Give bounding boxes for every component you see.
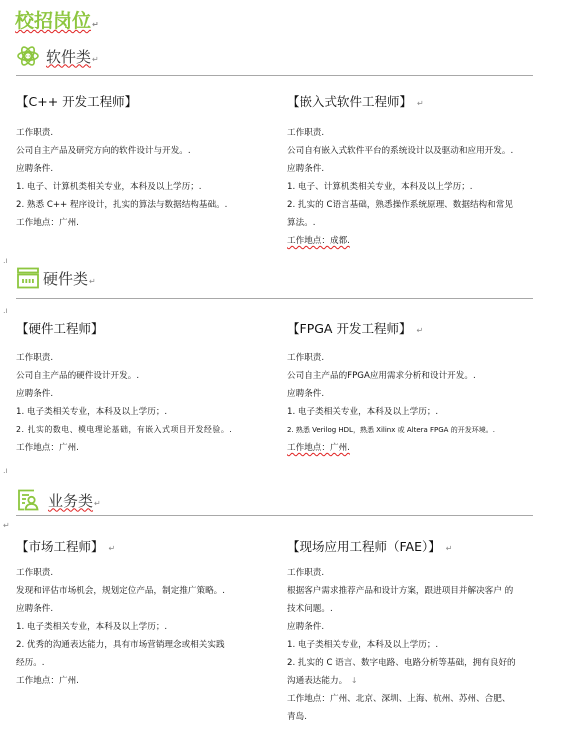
section-label: 硬件类↵ [43,268,96,289]
requirement-item: 2. 扎实的 C 语言、数字电路、电路分析等基础，拥有良好的 [287,654,549,672]
duty-text: 发现和评估市场机会，规划定位产品，制定推广策略。. [16,582,278,600]
requirement-item: 1. 电子类相关专业，本科及以上学历；. [16,403,278,421]
job-card-marketing-engineer: 【市场工程师】 ↵ 工作职责. 发现和评估市场机会，规划定位产品，制定推广策略。… [16,537,278,690]
duty-label: 工作职责. [287,349,549,367]
atom-icon [16,44,40,68]
requirement-item: 1. 电子类相关专业，本科及以上学历；. [16,618,278,636]
duty-text: 公司自有嵌入式软件平台的系统设计以及驱动和应用开发。. [287,142,549,160]
requirements-label: 应聘条件. [287,618,549,636]
requirements-label: 应聘条件. [16,600,278,618]
location-text: 工作地点：广州. [16,672,278,690]
requirements-label: 应聘条件. [287,160,549,178]
requirement-item: 2. 熟悉 C++ 程序设计，扎实的算法与数据结构基础。. [16,196,278,214]
requirements-label: 应聘条件. [16,160,278,178]
job-title: 【市场工程师】 ↵ [16,537,278,557]
requirement-item-continued: 沟通表达能力。 ↓ [287,672,549,690]
section-label: 软件类↵ [46,46,99,67]
requirement-item: 1. 电子、计算机类相关专业，本科及以上学历；. [16,178,278,196]
duty-text: 公司自主产品及研究方向的软件设计与开发。. [16,142,278,160]
job-card-embedded-software-engineer: 【嵌入式软件工程师】 ↵ 工作职责. 公司自有嵌入式软件平台的系统设计以及驱动和… [287,92,549,250]
duty-text: 公司自主产品的硬件设计开发。. [16,367,278,385]
job-card-fpga-engineer: 【FPGA 开发工程师】 ↵ 工作职责. 公司自主产品的FPGA应用需求分析和设… [287,319,549,457]
paragraph-mark: .ı [3,306,8,315]
duty-label: 工作职责. [287,124,549,142]
duty-label: 工作职责. [287,564,549,582]
paragraph-mark: ↵ [92,20,99,29]
requirements-label: 应聘条件. [16,385,278,403]
duty-text-continued: 技术问题。. [287,600,549,618]
duty-label: 工作职责. [16,349,278,367]
page-title: 校招岗位↵ [15,6,99,33]
paragraph-mark: ↵ [3,521,10,530]
requirement-item: 2. 熟悉 Verilog HDL，熟悉 Xilinx 或 Altera FPG… [287,421,549,439]
location-text: 工作地点：广州、北京、深圳、上海、杭州、苏州、合肥、 [287,690,549,708]
requirement-item: 1. 电子类相关专业，本科及以上学历；. [287,403,549,421]
requirement-item-continued: 经历。. [16,654,278,672]
job-title: 【现场应用工程师（FAE）】 ↵ [287,537,549,557]
circuit-board-icon [16,266,40,290]
job-card-field-application-engineer: 【现场应用工程师（FAE）】 ↵ 工作职责. 根据客户需求推荐产品和设计方案，跟… [287,537,549,726]
section-header-software: 软件类↵ [16,42,99,70]
requirement-item: 1. 电子、计算机类相关专业，本科及以上学历；. [287,178,549,196]
location-text-continued: 青岛. [287,708,549,726]
requirement-item: 1. 电子类相关专业，本科及以上学历；. [287,636,549,654]
requirements-label: 应聘条件. [287,385,549,403]
location-text: 工作地点：广州. [287,439,549,457]
section-divider [16,75,533,76]
location-text: 工作地点：成都. [287,232,549,250]
location-text: 工作地点：广州. [16,214,278,232]
job-title: 【嵌入式软件工程师】 ↵ [287,92,549,112]
section-header-business: 业务类↵ [16,486,101,514]
job-card-cpp-engineer: 【C++ 开发工程师】 工作职责. 公司自主产品及研究方向的软件设计与开发。. … [16,92,278,232]
user-profile-icon [16,488,40,512]
requirement-item-continued: 算法。. [287,214,549,232]
duty-text: 公司自主产品的FPGA应用需求分析和设计开发。. [287,367,549,385]
job-title: 【FPGA 开发工程师】 ↵ [287,319,549,339]
requirement-item: 2. 扎实的 C语言基础，熟悉操作系统原理、数据结构和常见 [287,196,549,214]
section-divider [16,515,533,516]
paragraph-mark: .ı [3,256,8,265]
job-title: 【C++ 开发工程师】 [16,92,278,112]
section-header-hardware: 硬件类↵ [16,264,96,292]
page-title-text: 校招岗位 [15,10,91,32]
job-title: 【硬件工程师】 [16,319,278,339]
requirement-item: 2. 优秀的沟通表达能力，具有市场营销理念或相关实践 [16,636,278,654]
location-text: 工作地点：广州. [16,439,278,457]
duty-label: 工作职责. [16,124,278,142]
job-card-hardware-engineer: 【硬件工程师】 工作职责. 公司自主产品的硬件设计开发。. 应聘条件. 1. 电… [16,319,278,457]
section-divider [16,298,533,299]
requirement-item: 2. 扎实的数电、模电理论基础，有嵌入式项目开发经验。. [16,421,278,439]
paragraph-mark: .ı [3,466,8,475]
duty-text: 根据客户需求推荐产品和设计方案，跟进项目并解决客户 的 [287,582,549,600]
duty-label: 工作职责. [16,564,278,582]
section-label: 业务类↵ [48,490,101,511]
